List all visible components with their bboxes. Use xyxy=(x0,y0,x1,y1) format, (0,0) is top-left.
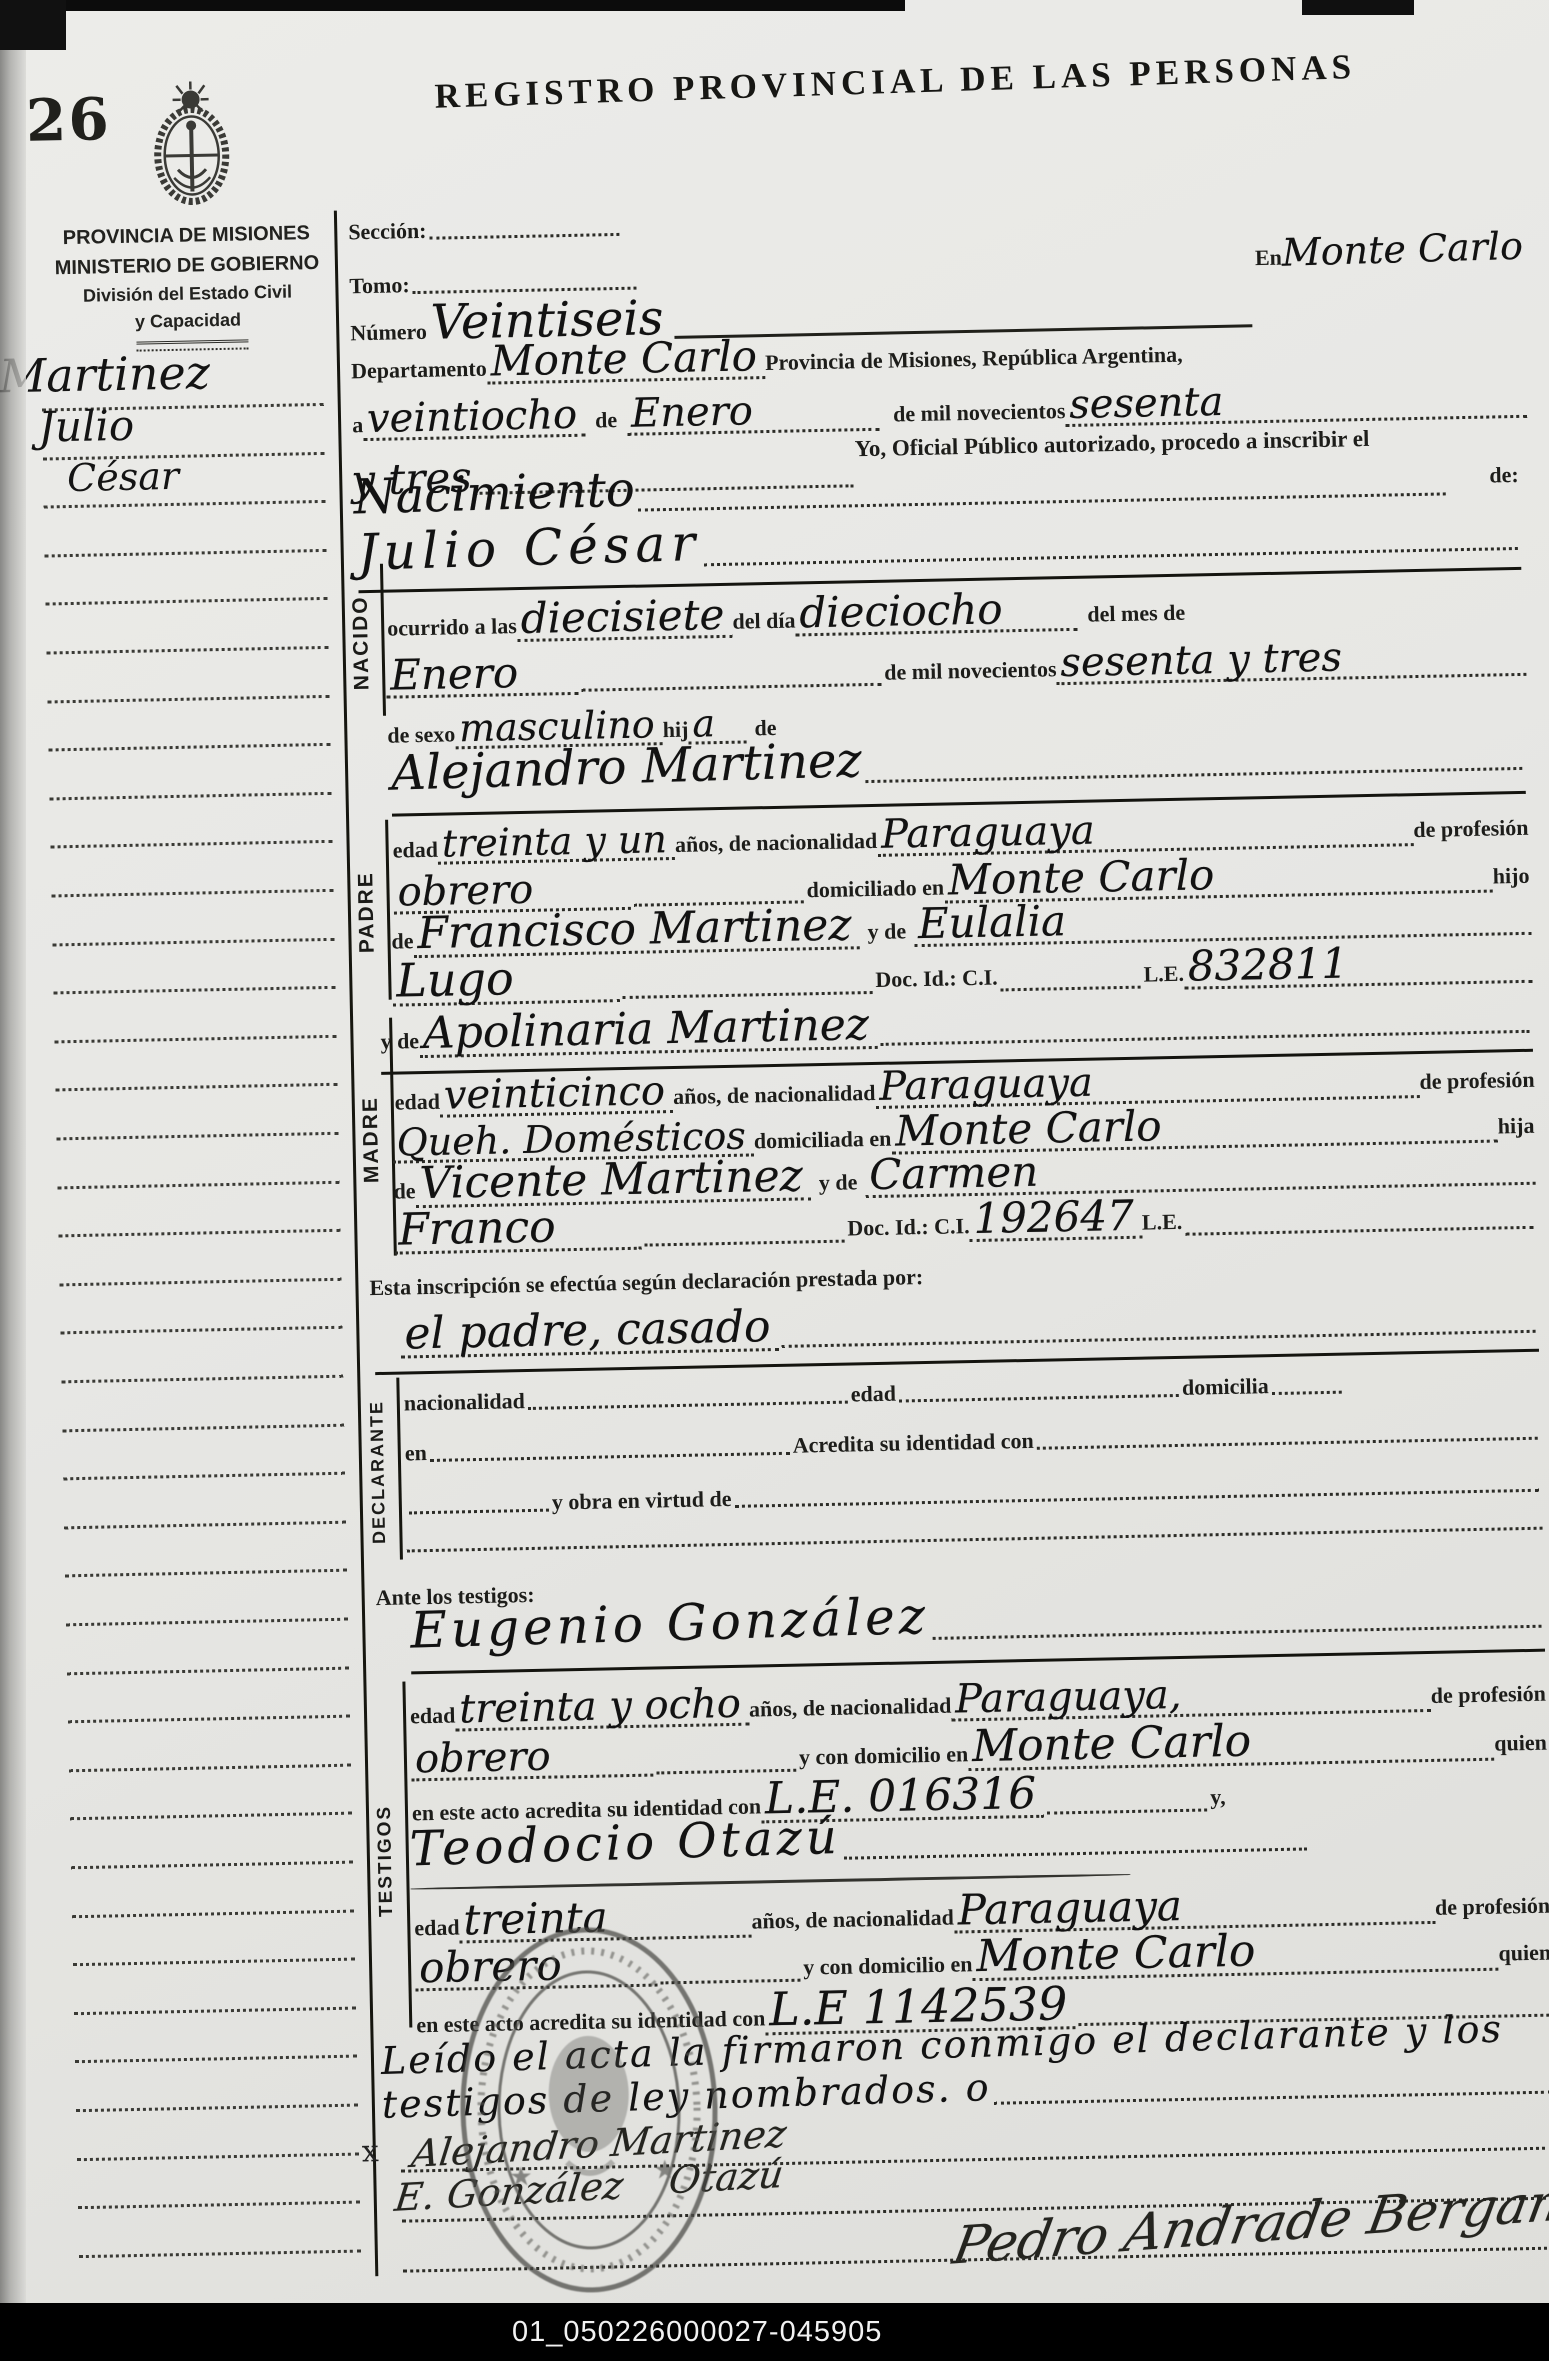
madre-hija-label: hija xyxy=(1498,1114,1535,1139)
testigo1-edad-value: treinta y ocho xyxy=(459,1681,742,1733)
numero-label: Número xyxy=(350,320,427,346)
provincia-text: Provincia de Misiones, República Argenti… xyxy=(765,343,1183,376)
declarante-acredita-blank xyxy=(1037,1437,1538,1450)
margin-ruled-line xyxy=(68,1715,350,1724)
padre-nacionalidad: Paraguaya xyxy=(881,808,1095,858)
margin-ruled-line xyxy=(48,694,330,703)
margin-ruled-line xyxy=(75,2055,357,2064)
page-number: 26 xyxy=(25,85,111,155)
testigo1-edad-label: edad xyxy=(410,1704,456,1729)
scan-edge-top-left xyxy=(0,0,66,50)
margin-ruled-line xyxy=(77,2152,359,2161)
declarante-en-blank xyxy=(430,1452,790,1462)
padre-anos-label: años, de nacionalidad xyxy=(675,829,878,857)
testigo1-nombre: Eugenio González xyxy=(410,1593,930,1655)
margin-ruled-line xyxy=(61,1375,343,1384)
declarante-acredita-label: Acredita su identidad con xyxy=(793,1429,1034,1458)
section-label-padre: PADRE xyxy=(347,826,386,999)
margin-ruled-line xyxy=(55,1083,337,1092)
margin-ruled-line xyxy=(53,937,335,946)
padre-doc-label: Doc. Id.: C.I. xyxy=(875,965,998,992)
margin-ruled-line xyxy=(59,1278,341,1287)
section-bracket-nacido xyxy=(380,564,386,716)
margin-ruled-line xyxy=(70,1812,352,1821)
padre-edad-value: treinta y un xyxy=(441,817,667,866)
del-dia-label: del día xyxy=(732,608,795,633)
madre-doc-label: Doc. Id.: C.I. xyxy=(847,1214,970,1241)
declarante-en-label: en xyxy=(405,1441,427,1466)
margin-ruled-line xyxy=(44,500,326,509)
abuela-materna-apellido: Franco xyxy=(398,1201,556,1255)
margin-ruled-line xyxy=(64,1520,346,1529)
declarante-empty-line xyxy=(407,1527,1543,1553)
madre-y-de-label: y de xyxy=(380,1029,419,1054)
margin-ruled-line xyxy=(49,743,331,752)
footer-code: 01_050226000027-045905 xyxy=(512,2316,882,2349)
margin-first-name: Julio xyxy=(38,401,135,452)
declarante-nacionalidad-blank xyxy=(528,1401,848,1410)
margin-ruled-line xyxy=(76,2104,358,2113)
margin-ruled-line xyxy=(47,646,329,655)
testigo2-nombre-line xyxy=(844,1847,1307,1859)
madre-doc-line1 xyxy=(645,1239,845,1246)
madre-nombre: Apolinaria Martinez xyxy=(422,999,869,1059)
madre-anos-label: años, de nacionalidad xyxy=(673,1081,876,1109)
anio-nacimiento: sesenta y tres xyxy=(1060,635,1342,687)
padre-le-value: 832811 xyxy=(1187,938,1348,990)
row-declarante-1: nacionalidad edad domicilia xyxy=(404,1369,1540,1416)
madre-ci-value: 192647 xyxy=(973,1191,1134,1243)
margin-ruled-line xyxy=(72,1909,354,1918)
inscripto-nombre: Julio César xyxy=(357,520,702,577)
del-mes-label: del mes de xyxy=(1087,601,1185,627)
margin-ruled-line xyxy=(63,1472,345,1481)
declarante-edad-blank xyxy=(899,1394,1179,1403)
abuelo-materno: Vicente Martinez xyxy=(419,1150,803,1209)
padre-doc-line2 xyxy=(1001,985,1141,991)
issuing-office-block: PROVINCIA DE MISIONES MINISTERIO DE GOBI… xyxy=(40,218,334,338)
declarante-domicilia-label: domicilia xyxy=(1182,1374,1269,1400)
margin-ruled-line xyxy=(60,1326,342,1335)
declaracion-por-value: el padre, casado xyxy=(404,1301,771,1359)
declarante-nacionalidad-label: nacionalidad xyxy=(404,1389,526,1416)
seccion-label: Sección: xyxy=(348,219,427,245)
row-declaracion-por: el padre, casado xyxy=(400,1291,1539,1359)
row-testigo1-nombre: Eugenio González xyxy=(410,1583,1545,1653)
padre-hijo-label: hijo xyxy=(1493,864,1530,889)
svg-text:★: ★ xyxy=(509,2162,533,2191)
document-title: REGISTRO PROVINCIAL DE LAS PERSONAS xyxy=(434,44,1445,117)
testigo1-nombre-line xyxy=(932,1624,1541,1639)
novecientos-nac-label: de mil novecientos xyxy=(884,657,1057,685)
row-seccion: Sección: xyxy=(348,214,648,244)
declaracion-intro: Esta inscripción se efectúa según declar… xyxy=(369,1265,923,1300)
padre-domicilio-value: Monte Carlo xyxy=(947,850,1214,904)
margin-ruled-line xyxy=(50,792,332,801)
declarante-obra-label: y obra en virtud de xyxy=(552,1487,732,1515)
x-mark: x xyxy=(361,2134,379,2169)
abuela-paterna-apellido: Lugo xyxy=(396,951,514,1007)
testigo2-domicilio-label: y con domicilio en xyxy=(803,1952,973,1980)
ocurrido-label: ocurrido a las xyxy=(387,614,517,641)
row-testigo2-nombre: Teodocio Otazú xyxy=(409,1807,1310,1871)
testigo1-profesion-value: obrero xyxy=(414,1734,551,1783)
margin-ruled-line xyxy=(67,1666,349,1675)
section-label-testigos: TESTIGOS xyxy=(366,1756,406,1967)
scan-edge-top-right xyxy=(1302,0,1414,15)
padre-profesion-label: de profesión xyxy=(1413,816,1529,842)
margin-ruled-line xyxy=(51,840,333,849)
testigo1-domicilio-label: y con domicilio en xyxy=(799,1742,969,1770)
testigo1-anos-label: años, de nacionalidad xyxy=(749,1694,952,1722)
padre-nombre: Alejandro Martinez xyxy=(391,738,863,797)
novecientos-label: de mil novecientos xyxy=(893,399,1066,427)
hora-value: diecisiete xyxy=(520,590,725,643)
section-label-madre: MADRE xyxy=(351,1026,392,1255)
row-mes-anio: Enero de mil novecientos sesenta y tres xyxy=(386,633,1527,699)
row-declarante-3: y obra en virtud de xyxy=(406,1471,1542,1518)
testigo1-domicilio-value: Monte Carlo xyxy=(972,1716,1252,1773)
madre-le-label: L.E. xyxy=(1142,1210,1183,1235)
abuelo-paterno: Francisco Martinez xyxy=(417,899,852,959)
row-declaracion-intro: Esta inscripción se efectúa según declar… xyxy=(369,1265,923,1300)
scanned-page: 26 REGISTRO PROVINCIAL DE LAS PERSONAS P… xyxy=(0,0,1549,2361)
margin-ruled-line xyxy=(62,1423,344,1432)
departamento-label: Departamento xyxy=(351,357,487,384)
anio-inscripcion: sesenta xyxy=(1069,379,1224,428)
madre-de-label: de xyxy=(393,1179,415,1204)
declarante-edad-label: edad xyxy=(851,1382,897,1407)
acto-value: Nacimiento xyxy=(353,467,635,521)
de-colon-label: de: xyxy=(1489,463,1519,488)
madre-edad-label: edad xyxy=(395,1090,441,1115)
margin-ruled-line xyxy=(65,1569,347,1578)
margin-ruled-line xyxy=(46,597,328,606)
madre-edad-value: veinticinco xyxy=(443,1068,665,1118)
cierre-line xyxy=(994,2091,1549,2105)
testigo2-quien-label: quien xyxy=(1498,1941,1549,1966)
madre-nombre-line xyxy=(880,1030,1529,1046)
margin-ruled-lines xyxy=(42,403,362,2280)
testigo2-profesion-label: de profesión xyxy=(1435,1894,1549,1920)
margin-ruled-line xyxy=(66,1618,348,1627)
certificate-sheet: 26 REGISTRO PROVINCIAL DE LAS PERSONAS P… xyxy=(0,0,1549,2321)
mes-inscripcion: Enero xyxy=(631,388,754,436)
national-coat-of-arms-icon xyxy=(142,73,241,217)
margin-ruled-line xyxy=(78,2201,360,2210)
margin-ruled-line xyxy=(53,986,335,995)
madre-y-de2-label: y de xyxy=(819,1170,858,1195)
declarante-obra-blank2 xyxy=(735,1489,1539,1508)
padre-edad-label: edad xyxy=(392,838,438,863)
declaracion-por-line xyxy=(782,1330,1536,1348)
margin-ruled-line xyxy=(52,889,334,898)
margin-ruled-line xyxy=(69,1763,351,1772)
padre-y-de-label: y de xyxy=(867,919,906,944)
margin-ruled-line xyxy=(58,1229,340,1238)
margin-ruled-line xyxy=(79,2249,361,2258)
padre-de-label: de xyxy=(391,929,413,954)
testigo2-anos-label: años, de nacionalidad xyxy=(751,1906,954,1934)
testigo2-domicilio-value: Monte Carlo xyxy=(976,1926,1256,1983)
departamento-value: Monte Carlo xyxy=(490,331,757,385)
mes-line xyxy=(582,683,882,692)
abuela-materna: Carmen xyxy=(869,1147,1039,1199)
margin-ruled-line xyxy=(54,1035,336,1044)
testigo1-profesion-label: de profesión xyxy=(1431,1682,1547,1708)
margin-ruled-line xyxy=(57,1180,339,1189)
row-declarante-2: en Acredita su identidad con xyxy=(405,1419,1541,1466)
mes-nacimiento: Enero xyxy=(390,648,519,700)
svg-text:★: ★ xyxy=(653,2155,677,2184)
margin-ruled-line xyxy=(74,2006,356,2015)
margin-ruled-line xyxy=(45,549,327,558)
seccion-blank xyxy=(430,233,620,240)
de-label: de xyxy=(595,408,617,433)
scan-edge-top xyxy=(0,0,905,11)
dia-nacimiento: dieciocho xyxy=(799,584,1003,637)
testigo1-nacionalidad: Paraguaya, xyxy=(955,1672,1182,1723)
margin-ruled-line xyxy=(71,1861,353,1870)
testigo1-y-label: y, xyxy=(1210,1785,1226,1809)
madre-profesion-label: de profesión xyxy=(1419,1068,1535,1094)
padre-le-label: L.E. xyxy=(1143,962,1184,987)
section-label-declarante: DECLARANTE xyxy=(358,1384,398,1561)
abuela-paterna: Eulalia xyxy=(917,896,1066,948)
oval-stamp: ★ ★ xyxy=(452,1919,730,2302)
a-label: a xyxy=(352,413,363,437)
madre-le-line xyxy=(1185,1226,1533,1236)
testigo2-nacionalidad: Paraguaya xyxy=(957,1881,1182,1934)
lugar-value: Monte Carlo xyxy=(1281,228,1523,271)
tomo-label: Tomo: xyxy=(349,273,410,298)
padre-nombre-line xyxy=(865,767,1522,783)
firma-oficial: Pedro Andrade Bergamini xyxy=(949,2167,1549,2277)
declarante-domicilia-blank xyxy=(1272,1391,1342,1395)
testigo2-nombre: Teodocio Otazú xyxy=(409,1815,841,1873)
scan-edge-left xyxy=(0,0,26,2361)
margin-second-name: César xyxy=(67,454,180,500)
inscripto-line xyxy=(704,546,1517,565)
margin-ruled-line xyxy=(73,1958,355,1967)
padre-doc-line1 xyxy=(623,991,873,999)
margin-ruled-line xyxy=(56,1132,338,1141)
en-label: En xyxy=(1255,246,1282,271)
margin-surname: Martinez xyxy=(0,345,210,403)
testigo1-quien-label: quien xyxy=(1494,1731,1547,1756)
row-lugar: En Monte Carlo xyxy=(1255,229,1530,271)
declarante-obra-blank1 xyxy=(409,1509,549,1515)
dia-inscripcion: veintiocho xyxy=(367,392,578,442)
